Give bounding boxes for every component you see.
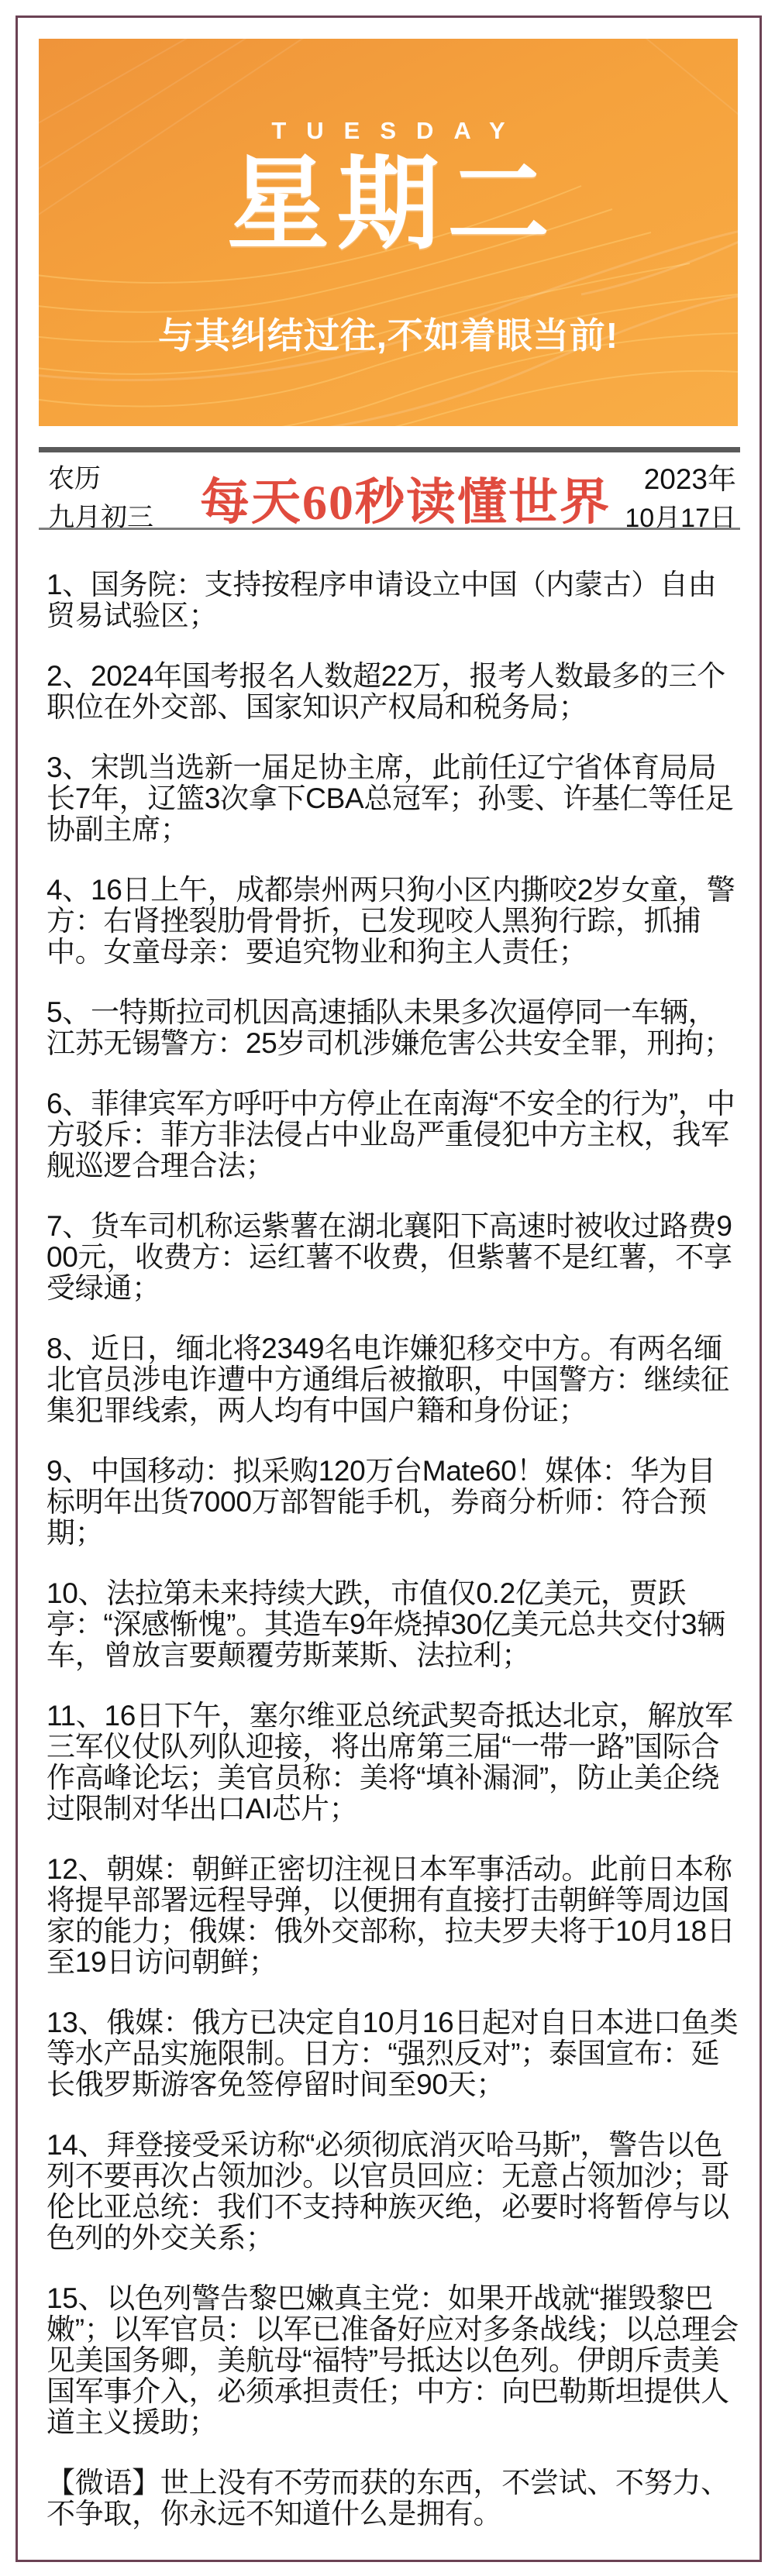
news-item-15: 15、以色列警告黎巴嫩真主党：如果开战就“摧毁黎巴嫩”；以军官员：以军已准备好应… bbox=[46, 2283, 739, 2438]
banner-motto: 与其纠结过往,不如着眼当前! bbox=[39, 308, 738, 359]
news-item-4: 4、16日上午，成都崇州两只狗小区内撕咬2岁女童，警方：右肾挫裂肋骨骨折，已发现… bbox=[46, 875, 739, 968]
news-item-13: 13、俄媒：俄方已决定自10月16日起对自日本进口鱼类等水产品实施限制。日方：“… bbox=[46, 2007, 739, 2100]
divider-thick bbox=[39, 447, 740, 452]
news-item-1: 1、国务院：支持按程序申请设立中国（内蒙古）自由贸易试验区； bbox=[46, 569, 739, 631]
news-item-8: 8、近日，缅北将2349名电诈嫌犯移交中方。有两名缅北官员涉电诈遭中方通缉后被撤… bbox=[46, 1333, 739, 1426]
news-item-12: 12、朝媒：朝鲜正密切注视日本军事活动。此前日本称将提早部署远程导弹，以便拥有直… bbox=[46, 1854, 739, 1978]
news-item-2: 2、2024年国考报名人数超22万，报考人数最多的三个职位在外交部、国家知识产权… bbox=[46, 661, 739, 723]
year-label: 2023年 bbox=[644, 456, 736, 497]
news-item-6: 6、菲律宾军方呼吁中方停止在南海“不安全的行为”，中方驳斥：菲方非法侵占中业岛严… bbox=[46, 1089, 739, 1181]
news-item-11: 11、16日下午，塞尔维亚总统武契奇抵达北京，解放军三军仪仗队列队迎接，将出席第… bbox=[46, 1701, 739, 1825]
news-item-7: 7、货车司机称运紫薯在湖北襄阳下高速时被收过路费900元，收费方：运红薯不收费，… bbox=[46, 1211, 739, 1304]
news-item-9: 9、中国移动：拟采购120万台Mate60！媒体：华为目标明年出货7000万部智… bbox=[46, 1456, 739, 1549]
news-item-10: 10、法拉第未来持续大跌，市值仅0.2亿美元，贾跃亭：“深感惭愧”。其造车9年烧… bbox=[46, 1578, 739, 1671]
news-list: 1、国务院：支持按程序申请设立中国（内蒙古）自由贸易试验区； 2、2024年国考… bbox=[46, 569, 739, 2559]
divider-thin bbox=[39, 528, 740, 530]
weiyu-quote: 【微语】世上没有不劳而获的东西，不尝试、不努力、不争取，你永远不知道什么是拥有。 bbox=[46, 2468, 739, 2530]
header-banner: TUESDAY 星期二 与其纠结过往,不如着眼当前! bbox=[39, 39, 738, 426]
news-item-5: 5、一特斯拉司机因高速插队未果多次逼停同一车辆，江苏无锡警方：25岁司机涉嫌危害… bbox=[46, 997, 739, 1059]
weekday-en-label: TUESDAY bbox=[39, 117, 738, 145]
weekday-cn-title: 星期二 bbox=[39, 153, 738, 256]
news-item-14: 14、拜登接受采访称“必须彻底消灭哈马斯”，警告以色列不要再次占领加沙。以官员回… bbox=[46, 2130, 739, 2254]
news-item-3: 3、宋凯当选新一届足协主席，此前任辽宁省体育局局长7年，辽篮3次拿下CBA总冠军… bbox=[46, 752, 739, 845]
